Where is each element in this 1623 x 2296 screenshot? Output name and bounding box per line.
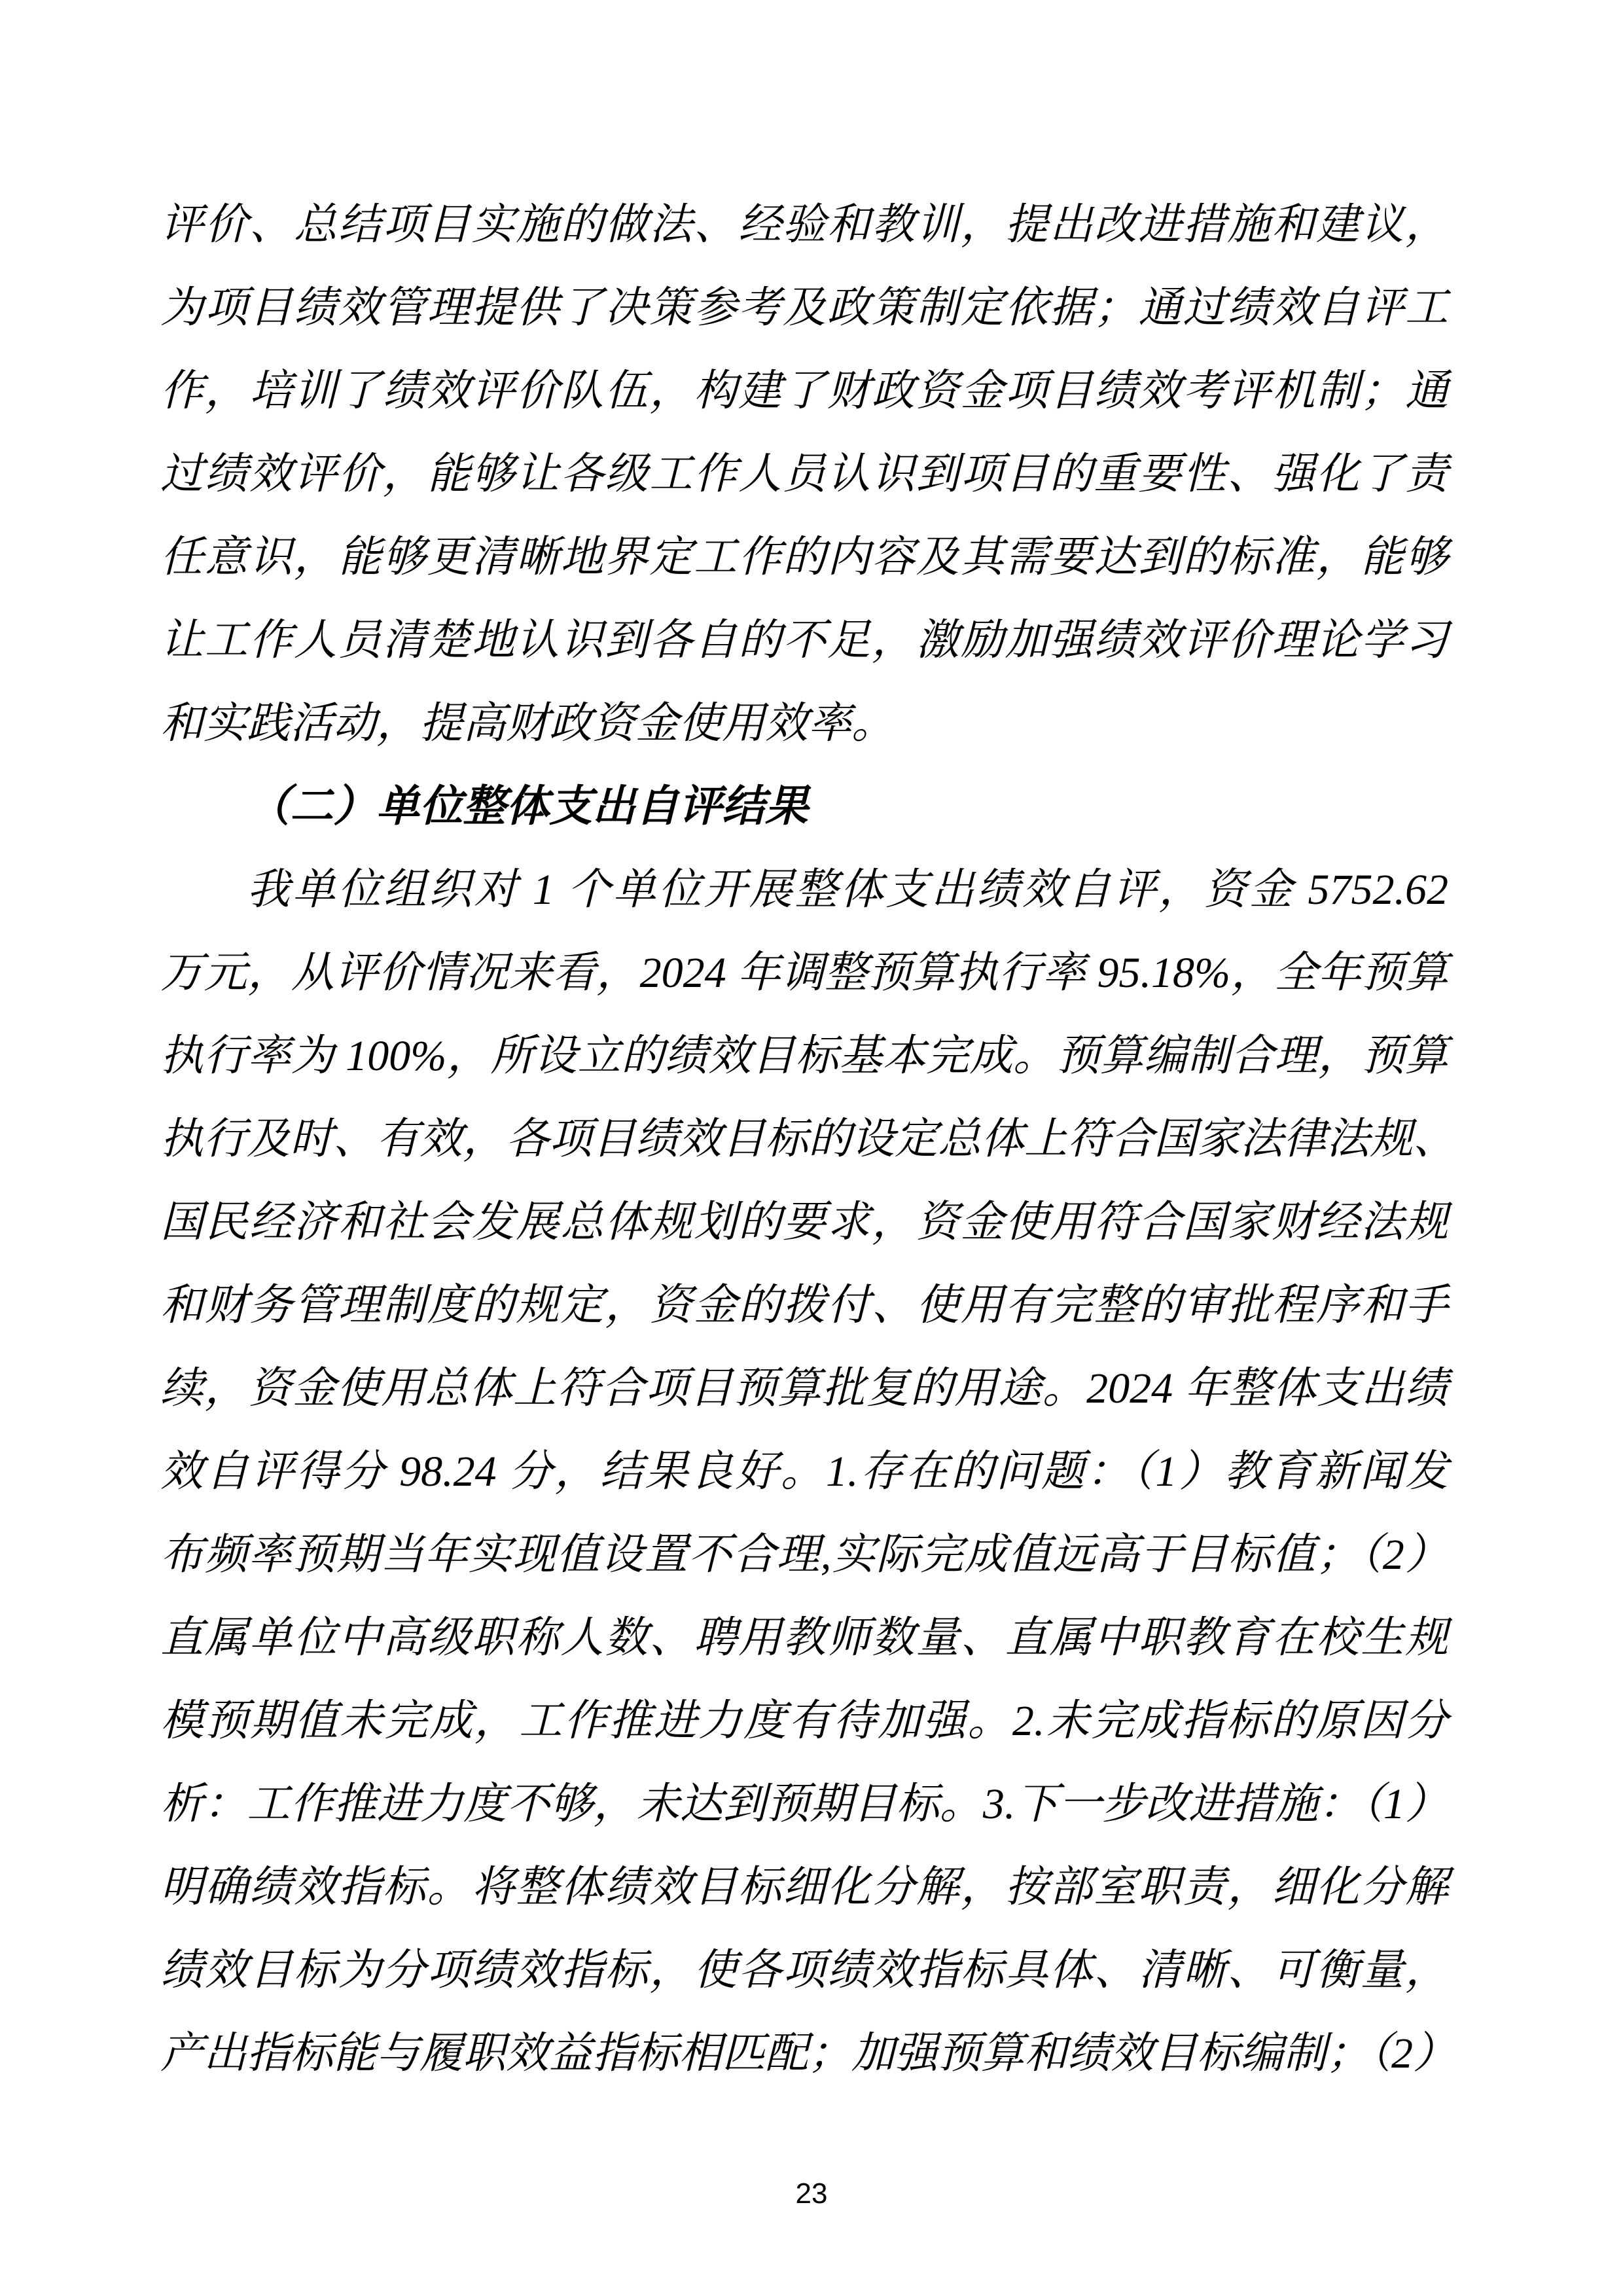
- text-line: 续，资金使用总体上符合项目预算批复的用途。2024 年整体支出绩: [160, 1347, 1448, 1430]
- text-line: 直属单位中高级职称人数、聘用教师数量、直属中职教育在校生规: [160, 1596, 1448, 1679]
- section-heading-unit-overall-expenditure: （二）单位整体支出自评结果: [160, 765, 1448, 848]
- document-body: 评价、总结项目实施的做法、经验和教训，提出改进措施和建议，为项目绩效管理提供了决…: [160, 183, 1448, 2095]
- text-line: 明确绩效指标。将整体绩效目标细化分解，按部室职责，细化分解: [160, 1846, 1448, 1929]
- text-line: 任意识，能够更清晰地界定工作的内容及其需要达到的标准，能够: [160, 516, 1448, 599]
- text-line: 和财务管理制度的规定，资金的拨付、使用有完整的审批程序和手: [160, 1264, 1448, 1347]
- text-line: 万元，从评价情况来看，2024 年调整预算执行率 95.18%，全年预算: [160, 931, 1448, 1014]
- text-line: 过绩效评价，能够让各级工作人员认识到项目的重要性、强化了责: [160, 433, 1448, 516]
- text-line: 析：工作推进力度不够，未达到预期目标。3.下一步改进措施：（1）: [160, 1763, 1448, 1846]
- text-line: 我单位组织对 1 个单位开展整体支出绩效自评，资金 5752.62: [160, 848, 1448, 931]
- text-line: 评价、总结项目实施的做法、经验和教训，提出改进措施和建议，: [160, 183, 1448, 266]
- text-line: 模预期值未完成，工作推进力度有待加强。2.未完成指标的原因分: [160, 1679, 1448, 1763]
- page-number: 23: [0, 2179, 1623, 2208]
- para-unit-self-evaluation-result: 我单位组织对 1 个单位开展整体支出绩效自评，资金 5752.62万元，从评价情…: [160, 848, 1448, 2095]
- text-line: 作，培训了绩效评价队伍，构建了财政资金项目绩效考评机制；通: [160, 350, 1448, 433]
- text-line: 布频率预期当年实现值设置不合理,实际完成值远高于目标值；（2）: [160, 1513, 1448, 1596]
- text-line: 效自评得分 98.24 分，结果良好。1.存在的问题：（1）教育新闻发: [160, 1430, 1448, 1513]
- text-line: 国民经济和社会发展总体规划的要求，资金使用符合国家财经法规: [160, 1181, 1448, 1264]
- text-line: 让工作人员清楚地认识到各自的不足，激励加强绩效评价理论学习: [160, 599, 1448, 682]
- text-line: 执行及时、有效，各项目绩效目标的设定总体上符合国家法律法规、: [160, 1098, 1448, 1181]
- text-line: 产出指标能与履职效益指标相匹配；加强预算和绩效目标编制；（2）: [160, 2012, 1448, 2095]
- para-project-evaluation-continuation: 评价、总结项目实施的做法、经验和教训，提出改进措施和建议，为项目绩效管理提供了决…: [160, 183, 1448, 765]
- text-line: 为项目绩效管理提供了决策参考及政策制定依据；通过绩效自评工: [160, 266, 1448, 350]
- text-line: 执行率为 100%，所设立的绩效目标基本完成。预算编制合理，预算: [160, 1014, 1448, 1098]
- text-line: 绩效目标为分项绩效指标，使各项绩效指标具体、清晰、可衡量，: [160, 1929, 1448, 2012]
- heading-line: （二）单位整体支出自评结果: [160, 765, 1448, 848]
- document-page: 评价、总结项目实施的做法、经验和教训，提出改进措施和建议，为项目绩效管理提供了决…: [0, 0, 1623, 2296]
- text-line: 和实践活动，提高财政资金使用效率。: [160, 682, 1448, 765]
